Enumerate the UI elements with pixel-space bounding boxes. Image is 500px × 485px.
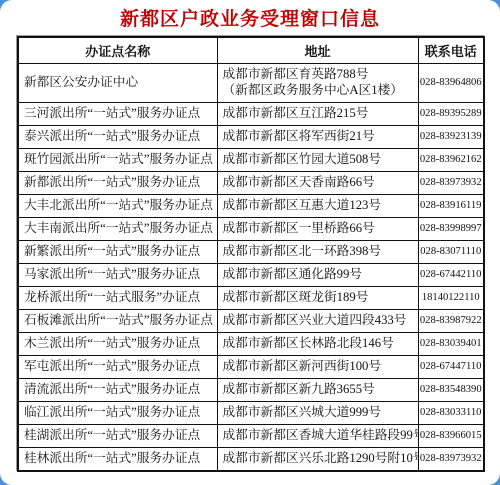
office-name-cell: 石板滩派出所“一站式”服务办证点 bbox=[18, 310, 217, 333]
office-name-cell: 新都区公安办证中心 bbox=[18, 64, 217, 103]
address-cell: 成都市新都区兴业大道四段433号 bbox=[217, 310, 418, 333]
table-header-row: 办证点名称地址联系电话 bbox=[18, 37, 484, 64]
table-row: 桂湖派出所“一站式”服务办证点成都市新都区香城大道华桂路段99号028-8396… bbox=[18, 425, 484, 448]
address-line: 成都市新都区兴城大道999号 bbox=[223, 405, 418, 421]
address-cell: 成都市新都区育英路788号（新都区政务服务中心A区1楼） bbox=[217, 64, 418, 103]
address-cell: 成都市新都区新河西街100号 bbox=[217, 356, 418, 379]
address-cell: 成都市新都区互江路215号 bbox=[217, 103, 418, 126]
address-cell: 成都市新都区新九路3655号 bbox=[217, 379, 418, 402]
address-line: 成都市新都区互江路215号 bbox=[223, 106, 418, 122]
address-cell: 成都市新都区北一环路398号 bbox=[217, 241, 418, 264]
phone-cell: 028-83962162 bbox=[418, 149, 484, 172]
column-header-office-name: 办证点名称 bbox=[18, 37, 217, 64]
address-cell: 成都市新都区斑龙街189号 bbox=[217, 287, 418, 310]
phone-cell: 028-83548390 bbox=[418, 379, 484, 402]
address-cell: 成都市新都区兴乐北路1290号附10号 bbox=[217, 448, 418, 471]
address-cell: 成都市新都区一里桥路66号 bbox=[217, 218, 418, 241]
phone-cell: 028-89395289 bbox=[418, 103, 484, 126]
office-name-cell: 新繁派出所“一站式”服务办证点 bbox=[18, 241, 217, 264]
office-name-cell: 三河派出所“一站式”服务办证点 bbox=[18, 103, 217, 126]
address-cell: 成都市新都区将军西街21号 bbox=[217, 126, 418, 149]
address-cell: 成都市新都区香城大道华桂路段99号 bbox=[217, 425, 418, 448]
address-line: 成都市新都区兴乐北路1290号附10号 bbox=[223, 451, 418, 467]
table-row: 马家派出所“一站式”服务办证点成都市新都区通化路99号028-67442110 bbox=[18, 264, 484, 287]
address-line: 成都市新都区天香南路66号 bbox=[223, 175, 418, 191]
address-line: 成都市新都区新河西街100号 bbox=[223, 359, 418, 375]
table-row: 军屯派出所“一站式”服务办证点成都市新都区新河西街100号028-6744711… bbox=[18, 356, 484, 379]
phone-cell: 028-83973932 bbox=[418, 448, 484, 471]
office-name-cell: 桂湖派出所“一站式”服务办证点 bbox=[18, 425, 217, 448]
phone-cell: 18140122110 bbox=[418, 287, 484, 310]
table-row: 桂林派出所“一站式”服务办证点成都市新都区兴乐北路1290号附10号028-83… bbox=[18, 448, 484, 471]
phone-cell: 028-83071110 bbox=[418, 241, 484, 264]
table-row: 大丰南派出所“一站式”服务办证点成都市新都区一里桥路66号028-8399899… bbox=[18, 218, 484, 241]
office-name-cell: 桂林派出所“一站式”服务办证点 bbox=[18, 448, 217, 471]
address-cell: 成都市新都区天香南路66号 bbox=[217, 172, 418, 195]
table-row: 清流派出所“一站式”服务办证点成都市新都区新九路3655号028-8354839… bbox=[18, 379, 484, 402]
table-row: 新繁派出所“一站式”服务办证点成都市新都区北一环路398号028-8307111… bbox=[18, 241, 484, 264]
column-header-phone: 联系电话 bbox=[418, 37, 484, 64]
phone-cell: 028-83966015 bbox=[418, 425, 484, 448]
address-cell: 成都市新都区兴城大道999号 bbox=[217, 402, 418, 425]
table-row: 泰兴派出所“一站式”服务办证点成都市新都区将军西街21号028-83923139 bbox=[18, 126, 484, 149]
office-name-cell: 清流派出所“一站式”服务办证点 bbox=[18, 379, 217, 402]
office-name-cell: 新都派出所“一站式”服务办证点 bbox=[18, 172, 217, 195]
phone-cell: 028-83987922 bbox=[418, 310, 484, 333]
address-line: 成都市新都区一里桥路66号 bbox=[223, 221, 418, 237]
phone-cell: 028-83039401 bbox=[418, 333, 484, 356]
address-line: 成都市新都区育英路788号 bbox=[223, 67, 418, 83]
office-name-cell: 木兰派出所“一站式”服务办证点 bbox=[18, 333, 217, 356]
office-name-cell: 大丰北派出所“一站式”服务办证点 bbox=[18, 195, 217, 218]
office-name-cell: 临江派出所“一站式”服务办证点 bbox=[18, 402, 217, 425]
table-row: 新都区公安办证中心成都市新都区育英路788号（新都区政务服务中心A区1楼）028… bbox=[18, 64, 484, 103]
phone-cell: 028-83916119 bbox=[418, 195, 484, 218]
page-card: 新都区户政业务受理窗口信息 办证点名称地址联系电话 新都区公安办证中心成都市新都… bbox=[0, 0, 500, 485]
address-cell: 成都市新都区互惠大道123号 bbox=[217, 195, 418, 218]
table-row: 大丰北派出所“一站式”服务办证点成都市新都区互惠大道123号028-839161… bbox=[18, 195, 484, 218]
phone-cell: 028-67447110 bbox=[418, 356, 484, 379]
phone-cell: 028-83998997 bbox=[418, 218, 484, 241]
address-line: 成都市新都区长林路北段146号 bbox=[223, 336, 418, 352]
table-row: 石板滩派出所“一站式”服务办证点成都市新都区兴业大道四段433号028-8398… bbox=[18, 310, 484, 333]
office-name-cell: 龙桥派出所“一站式服务”办证点 bbox=[18, 287, 217, 310]
office-name-cell: 泰兴派出所“一站式”服务办证点 bbox=[18, 126, 217, 149]
phone-cell: 028-67442110 bbox=[418, 264, 484, 287]
column-header-address: 地址 bbox=[217, 37, 418, 64]
phone-cell: 028-83964806 bbox=[418, 64, 484, 103]
address-line: 成都市新都区将军西街21号 bbox=[223, 129, 418, 145]
phone-cell: 028-83973932 bbox=[418, 172, 484, 195]
table-row: 临江派出所“一站式”服务办证点成都市新都区兴城大道999号028-8303311… bbox=[18, 402, 484, 425]
address-cell: 成都市新都区长林路北段146号 bbox=[217, 333, 418, 356]
phone-cell: 028-83033110 bbox=[418, 402, 484, 425]
address-line: 成都市新都区新九路3655号 bbox=[223, 382, 418, 398]
office-name-cell: 大丰南派出所“一站式”服务办证点 bbox=[18, 218, 217, 241]
service-window-table: 办证点名称地址联系电话 新都区公安办证中心成都市新都区育英路788号（新都区政务… bbox=[17, 36, 485, 472]
table-row: 斑竹园派出所“一站式”服务办证点成都市新都区竹园大道508号028-839621… bbox=[18, 149, 484, 172]
office-name-cell: 斑竹园派出所“一站式”服务办证点 bbox=[18, 149, 217, 172]
address-line: 成都市新都区竹园大道508号 bbox=[223, 152, 418, 168]
address-line: 成都市新都区北一环路398号 bbox=[223, 244, 418, 260]
address-line: 成都市新都区香城大道华桂路段99号 bbox=[223, 428, 418, 444]
address-line: 成都市新都区互惠大道123号 bbox=[223, 198, 418, 214]
address-cell: 成都市新都区竹园大道508号 bbox=[217, 149, 418, 172]
page-title: 新都区户政业务受理窗口信息 bbox=[0, 0, 500, 36]
table-row: 三河派出所“一站式”服务办证点成都市新都区互江路215号028-89395289 bbox=[18, 103, 484, 126]
phone-cell: 028-83923139 bbox=[418, 126, 484, 149]
office-name-cell: 军屯派出所“一站式”服务办证点 bbox=[18, 356, 217, 379]
table-row: 龙桥派出所“一站式服务”办证点成都市新都区斑龙街189号18140122110 bbox=[18, 287, 484, 310]
office-name-cell: 马家派出所“一站式”服务办证点 bbox=[18, 264, 217, 287]
address-line: 成都市新都区通化路99号 bbox=[223, 267, 418, 283]
address-line: 成都市新都区斑龙街189号 bbox=[223, 290, 418, 306]
table-row: 新都派出所“一站式”服务办证点成都市新都区天香南路66号028-83973932 bbox=[18, 172, 484, 195]
address-cell: 成都市新都区通化路99号 bbox=[217, 264, 418, 287]
table-row: 木兰派出所“一站式”服务办证点成都市新都区长林路北段146号028-830394… bbox=[18, 333, 484, 356]
address-line: 成都市新都区兴业大道四段433号 bbox=[223, 313, 418, 329]
address-line: （新都区政务服务中心A区1楼） bbox=[223, 83, 418, 99]
